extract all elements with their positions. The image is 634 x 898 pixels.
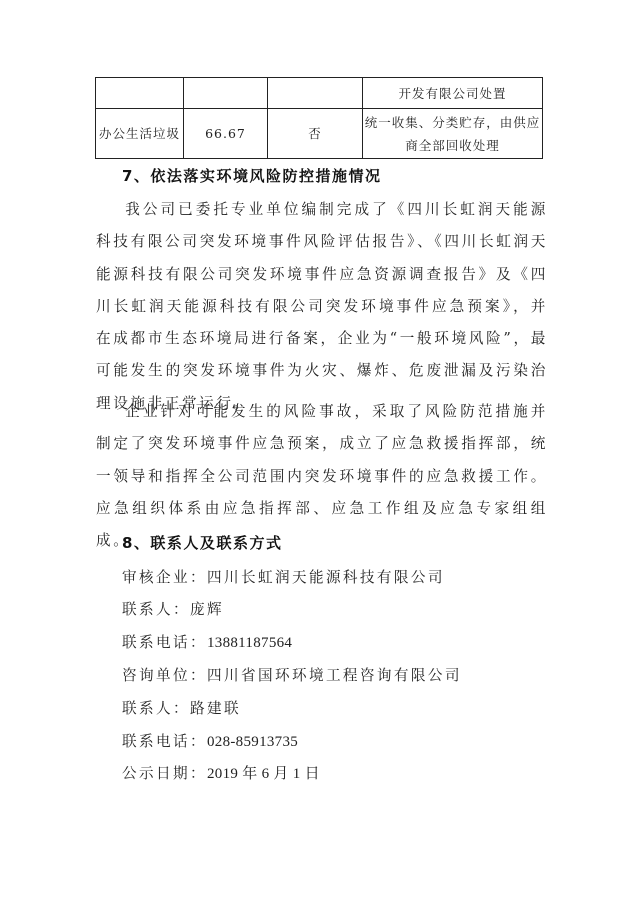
table-row: 办公生活垃圾 66.67 否 统一收集、分类贮存，由供应商全部回收处理 <box>96 109 543 159</box>
contact-value: 四川省国环环境工程咨询有限公司 <box>207 667 462 684</box>
table-row: 开发有限公司处置 <box>96 78 543 109</box>
disposal-cell: 开发有限公司处置 <box>363 78 543 109</box>
contact-label: 咨询单位： <box>122 667 207 684</box>
disposal-cell: 统一收集、分类贮存，由供应商全部回收处理 <box>363 109 543 159</box>
contact-label: 联系电话： <box>122 634 207 651</box>
section-8-heading: 8、联系人及联系方式 <box>122 532 282 553</box>
contact-line-consultant-phone: 联系电话：028-85913735 <box>122 730 298 751</box>
contact-label: 审核企业： <box>122 569 207 586</box>
hazardous-cell <box>268 78 363 109</box>
waste-name-cell: 办公生活垃圾 <box>96 109 184 159</box>
section-7-paragraph-2: 企业针对可能发生的风险事故，采取了风险防范措施并制定了突发环境事件应急预案，成立… <box>96 380 548 557</box>
contact-value: 四川长虹润天能源科技有限公司 <box>207 569 445 586</box>
contact-line-publish-date: 公示日期：2019 年 6 月 1 日 <box>122 762 320 783</box>
contact-value: 028-85913735 <box>207 734 298 750</box>
contact-label: 公示日期： <box>122 765 207 782</box>
waste-amount-cell: 66.67 <box>184 109 268 159</box>
contact-line-company: 审核企业：四川长虹润天能源科技有限公司 <box>122 566 445 587</box>
contact-value: 2019 年 6 月 1 日 <box>207 766 320 782</box>
contact-line-person: 联系人：庞辉 <box>122 598 224 619</box>
waste-name-cell <box>96 78 184 109</box>
contact-line-phone: 联系电话：13881187564 <box>122 631 292 652</box>
contact-value: 13881187564 <box>207 635 292 651</box>
contact-value: 路建联 <box>190 700 241 717</box>
contact-line-consultant: 咨询单位：四川省国环环境工程咨询有限公司 <box>122 664 462 685</box>
contact-line-consultant-person: 联系人：路建联 <box>122 697 241 718</box>
hazardous-cell: 否 <box>268 109 363 159</box>
solid-waste-table: 开发有限公司处置 办公生活垃圾 66.67 否 统一收集、分类贮存，由供应商全部… <box>95 77 543 159</box>
contact-label: 联系电话： <box>122 733 207 750</box>
contact-label: 联系人： <box>122 601 190 618</box>
document-page: 开发有限公司处置 办公生活垃圾 66.67 否 统一收集、分类贮存，由供应商全部… <box>0 0 634 898</box>
waste-amount-cell <box>184 78 268 109</box>
contact-label: 联系人： <box>122 700 190 717</box>
contact-value: 庞辉 <box>190 601 224 618</box>
